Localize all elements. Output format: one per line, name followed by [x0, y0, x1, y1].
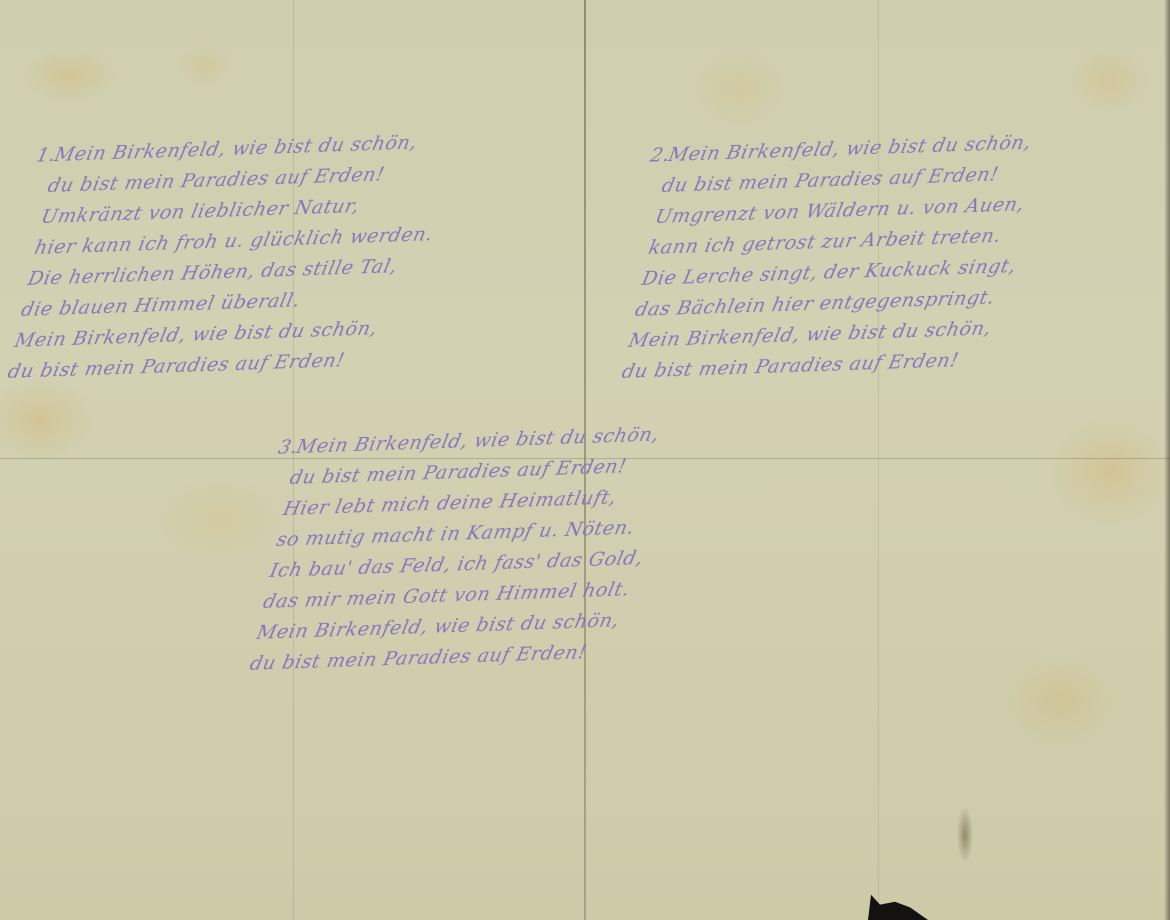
stanza-2: 2.Mein Birkenfeld, wie bist du schön, du… [619, 127, 1046, 388]
paper-tear [868, 892, 928, 920]
stanza-3: 3.Mein Birkenfeld, wie bist du schön, du… [247, 419, 673, 680]
paper-edge-shadow [1164, 0, 1170, 920]
ink-stain [950, 795, 980, 875]
stanza-1: 1.Mein Birkenfeld, wie bist du schön, du… [5, 126, 456, 388]
letter-paper: 1.Mein Birkenfeld, wie bist du schön, du… [0, 0, 1170, 920]
